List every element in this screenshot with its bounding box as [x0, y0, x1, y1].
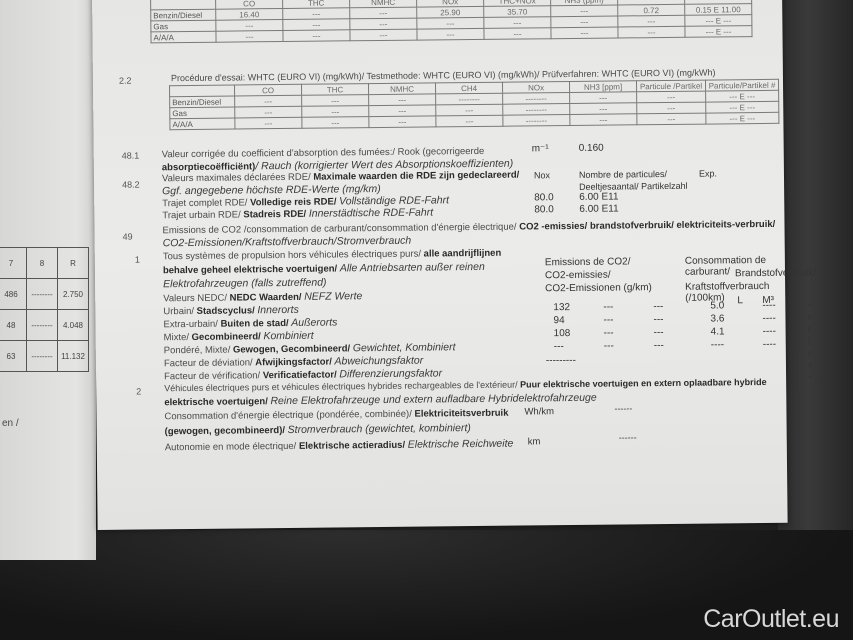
column-header [170, 85, 235, 97]
consumption-row: Extra-urbain/ Buiten de stad/ Außerorts [163, 316, 337, 330]
table-cell: 0.72 [618, 4, 685, 16]
table-cell: --- [551, 5, 618, 17]
rde-nox-value: 80.0 [534, 204, 554, 215]
co2-value: 94 [553, 315, 564, 326]
energy-unit: Wh/km [524, 406, 554, 417]
item-1-nl: alle aandrijflijnen [424, 248, 502, 260]
smoke-unit: m⁻¹ [532, 143, 549, 154]
column-header: Particule/Partikel # [705, 79, 778, 91]
table-cell: --- [551, 27, 618, 39]
table-cell: --- [302, 117, 369, 129]
item-1-de: Alle Antriebsarten außer reinen [340, 261, 485, 275]
co2-value: --- [654, 327, 664, 338]
table-cell: --- E --- [706, 112, 779, 124]
label-fr: Trajet urbain RDE/ [162, 209, 243, 221]
label-nl: NEDC Waarden/ [230, 292, 305, 304]
table-cell: --- [350, 7, 417, 19]
label-nl: Verificatiefactor/ [263, 369, 340, 381]
wltp-emissions-table: COTHCNMHCNOxTHC+NOxNH3 (ppm)Benzin/Diese… [150, 0, 752, 43]
table-cell: --- [369, 116, 436, 128]
row-label: Gas [151, 20, 216, 32]
table-cell: 16.40 [216, 9, 283, 21]
deviation-value: --------- [546, 355, 576, 366]
co2-value: 132 [553, 302, 570, 313]
table-cell: 25.90 [417, 6, 484, 18]
energy-value: ------ [614, 403, 632, 413]
co2-value: --- [603, 315, 613, 326]
energy-consumption-de: Stromverbrauch (gewichtet, kombiniert) [288, 422, 471, 436]
fuel-value: ---- [763, 339, 776, 350]
table-cell: --- [484, 17, 551, 29]
table-cell: --- [637, 113, 706, 125]
table-cell: -------- [503, 115, 570, 127]
document-page: COTHCNMHCNOxTHC+NOxNH3 (ppm)Benzin/Diese… [92, 0, 788, 530]
row-label: Benzin/Diesel [151, 9, 216, 21]
table-cell: --- [235, 95, 302, 107]
section-49-fr: Emissions de CO2 /consommation de carbur… [162, 222, 516, 237]
table-cell: --- [283, 30, 350, 42]
fuel-value: ---- [762, 313, 775, 324]
fuel-header-line: Brandstofverbruik/ [735, 267, 816, 279]
co2-value: --- [653, 314, 663, 325]
item-2-de: Reine Elektrofahrzeuge und extern auflad… [270, 392, 596, 407]
row-label: Gas [170, 107, 235, 119]
label-fr: Extra-urbain/ [163, 319, 220, 331]
seat-background-right [778, 0, 853, 560]
label-fr: Valeurs NEDC/ [163, 293, 229, 305]
fuel-unit-l: L [737, 295, 743, 306]
row-label: A/A/A [170, 118, 235, 130]
table-cell: --- [369, 94, 436, 106]
fuel-value: ---- [808, 338, 812, 382]
range-value: ------ [619, 432, 637, 442]
table-cell: --- E --- [706, 90, 779, 102]
label-fr: Facteur de déviation/ [164, 357, 255, 369]
label-fr: Mixte/ [164, 332, 192, 343]
co2-header-line: CO2-emissies/ [545, 270, 611, 282]
label-de: Gewichtet, Kombiniert [353, 341, 456, 354]
label-nl: Afwijkingsfactor/ [255, 356, 334, 368]
label-fr: Facteur de vérification/ [164, 370, 263, 382]
left-page-table: 78R 486--------2.750 48--------4.048 63-… [0, 247, 89, 372]
label-nl: Gewogen, Gecombineerd/ [233, 343, 353, 355]
label-de: Innerorts [257, 304, 299, 316]
co2-header-line: Emissions de CO2/ [545, 256, 631, 268]
table-cell: --- [484, 28, 551, 40]
rde-nox-value: 80.0 [534, 192, 554, 203]
section-number: 49 [123, 232, 133, 242]
row-label: A/A/A [151, 31, 216, 43]
rde-row: Trajet urbain RDE/ Stadreis RDE/ Innerst… [162, 206, 433, 221]
column-header: Particule /Partikel [636, 80, 705, 92]
range-fr: Autonomie en mode électrique/ [165, 441, 297, 453]
label-nl: Buiten de stad/ [220, 318, 291, 330]
label-nl: Stadscyclus/ [197, 305, 258, 317]
table-cell: -------- [503, 104, 570, 116]
whtc-emissions-table: COTHCNMHCCH4NOxNH3 [ppm]Particule /Parti… [169, 79, 779, 130]
range-de: Elektrische Reichweite [408, 438, 514, 451]
consumption-row: Mixte/ Gecombineerd/ Kombiniert [164, 330, 314, 344]
table-cell: --- [235, 106, 302, 118]
section-48-2-fr: Valeurs maximales déclarées RDE/ [162, 172, 311, 185]
row-label: Benzin/Diesel [170, 96, 235, 108]
item-number: 1 [135, 255, 140, 265]
co2-value: --- [604, 328, 614, 339]
item-2-nl-2: elektrische voertuigen/ [164, 396, 268, 408]
consumption-row: Urbain/ Stadscyclus/ Innerorts [163, 304, 299, 317]
table-cell: --- [216, 31, 283, 43]
label-de: NEFZ Werte [304, 290, 362, 303]
label-de: Innerstädtische RDE-Fahrt [309, 206, 433, 219]
table-cell: --- [302, 106, 369, 118]
label-nl: Gecombineerd/ [192, 331, 264, 343]
table-cell: -------- [436, 93, 503, 105]
table-cell: --- [570, 114, 637, 126]
table-cell: --- [216, 20, 283, 32]
column-header: THC [301, 84, 368, 96]
co2-value: --- [603, 302, 613, 313]
section-49-nl: CO2 -emissies/ brandstofverbruik/ elektr… [519, 219, 775, 233]
table-cell: 35.70 [484, 6, 551, 18]
item-number: 2 [136, 387, 141, 397]
table-cell: --- [436, 115, 503, 127]
label-de: Abweichungsfaktor [334, 355, 423, 368]
table-cell: --- E --- [706, 101, 779, 113]
label-de: Kombiniert [263, 330, 313, 343]
section-number: 2.2 [119, 76, 132, 86]
table-cell: --- [350, 29, 417, 41]
table-cell: --- [618, 15, 685, 27]
energy-consumption-nl-2: (gewogen, gecombineerd)/ [165, 425, 285, 437]
smoke-value: 0.160 [579, 143, 604, 154]
left-page-footer: en / [2, 418, 19, 429]
table-cell: --- E --- [685, 15, 752, 27]
fuel-value: 5.0 [710, 300, 724, 311]
column-header: CH4 [435, 82, 502, 94]
column-header: CO [235, 84, 302, 96]
table-cell: --- [570, 103, 637, 115]
particles-header: Nombre de particules/ [579, 169, 667, 180]
rde-particles-value: 6.00 E11 [579, 191, 618, 202]
column-header: NOx [502, 82, 569, 94]
column-header: NMHC [368, 83, 435, 95]
co2-header-line: CO2-Emissionen (g/km) [545, 282, 652, 294]
fuel-value: 3.6 [710, 313, 724, 324]
table-cell: --- [235, 117, 302, 129]
range-unit: km [528, 436, 541, 447]
energy-consumption-fr: Consommation d'énergie électrique (pondé… [164, 409, 411, 423]
section-number: 48.1 [122, 151, 140, 161]
label-nl: Stadreis RDE/ [243, 209, 309, 221]
table-cell: --- [570, 92, 637, 104]
label-fr: Urbain/ [163, 306, 196, 317]
item-1-nl-2: behalve geheel elektrische voertuigen/ [163, 263, 337, 276]
fuel-value: 4.1 [711, 326, 725, 337]
table-cell: --- [551, 16, 618, 28]
item-1-de-2: Elektrofahrzeugen (falls zutreffend) [163, 277, 327, 291]
table-cell: -------- [503, 93, 570, 105]
fuel-value: ---- [711, 339, 724, 350]
co2-value: --- [653, 301, 663, 312]
co2-value: --- [554, 341, 564, 352]
table-cell: 0.15 E 11.00 [685, 4, 752, 16]
table-cell: --- [302, 95, 369, 107]
co2-value: --- [604, 341, 614, 352]
column-header: NH3 [ppm] [569, 81, 636, 93]
table-cell: --- [369, 105, 436, 117]
fuel-value: ---- [762, 300, 775, 311]
table-cell: --- [436, 104, 503, 116]
section-49-de: CO2-Emissionen/Kraftstoffverbrauch/Strom… [163, 235, 412, 250]
nox-header: Nox [534, 170, 550, 180]
table-cell: --- [637, 102, 706, 114]
table-cell: --- [637, 91, 706, 103]
table-cell: --- [417, 17, 484, 29]
fuel-value: ---- [763, 326, 776, 337]
table-cell: --- [417, 28, 484, 40]
consumption-row: Valeurs NEDC/ NEDC Waarden/ NEFZ Werte [163, 290, 362, 304]
energy-consumption-nl: Elektriciteitsverbruik [414, 408, 508, 420]
section-48-2-nl: Maximale waarden die RDE zijn gedeclaree… [313, 170, 519, 183]
label-fr: Pondéré, Mixte/ [164, 345, 233, 357]
table-cell: --- [350, 18, 417, 30]
rde-particles-value: 6.00 E11 [579, 203, 618, 214]
table-cell: --- [283, 19, 350, 31]
table-cell: --- [618, 26, 685, 38]
left-page: 78R 486--------2.750 48--------4.048 63-… [0, 0, 96, 560]
watermark-logo: CarOutlet.eu [703, 605, 839, 634]
item-1-fr: Tous systèmes de propulsion hors véhicul… [163, 249, 421, 263]
particles-header-2: Deeltjesaantal/ Partikelzahl [579, 181, 688, 192]
co2-value: --- [654, 340, 664, 351]
label-de: Differenzierungsfaktor [339, 367, 442, 380]
co2-value: 108 [554, 328, 571, 339]
table-cell: --- E --- [685, 26, 752, 38]
section-number: 48.2 [122, 180, 140, 190]
label-de: Außerorts [291, 316, 337, 328]
exp-header: Exp. [699, 168, 717, 178]
item-2-nl: Puur elektrische voertuigen en extern op… [520, 377, 767, 390]
range-nl: Elektrische actieradius/ [299, 440, 405, 452]
table-cell: --- [283, 8, 350, 20]
